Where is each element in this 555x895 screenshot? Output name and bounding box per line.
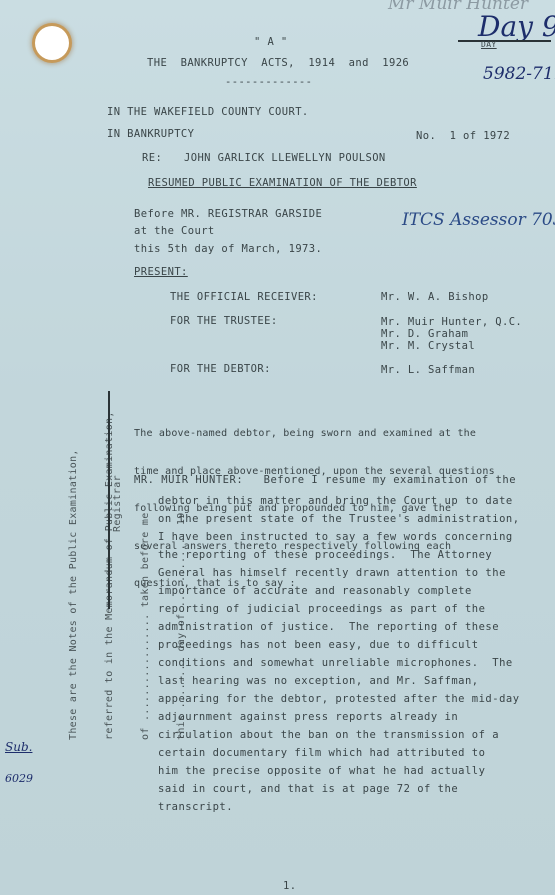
- handwritten-annotation: ITCS Assessor 7033: [402, 210, 555, 230]
- handwritten-day: Day 9: [478, 10, 555, 43]
- attendee-name: Mr. W. A. Bishop: [381, 291, 489, 303]
- speech-line: debtor in this matter and bring the Cour…: [158, 492, 520, 510]
- speech-line: conditions and somewhat unreliable micro…: [158, 654, 520, 672]
- page-number: 1.: [283, 880, 296, 892]
- case-number: No. 1 of 1972: [416, 130, 510, 142]
- speech-line: certain documentary film which had attri…: [158, 744, 520, 762]
- attendee-name: Mr. L. Saffman: [381, 364, 475, 376]
- speech-line: proceedings has not been easy, due to di…: [158, 636, 520, 654]
- court-name: IN THE WAKEFIELD COUNTY COURT.: [107, 106, 309, 118]
- attendee-role: FOR THE DEBTOR:: [170, 363, 271, 375]
- speech-line: importance of accurate and reasonably co…: [158, 582, 520, 600]
- registrar-signature-line: [108, 391, 110, 609]
- speech-first-line: Before I resume my examination of the: [264, 474, 516, 486]
- speaker-name: MR. MUIR HUNTER:: [134, 474, 243, 486]
- attendee-role: FOR THE TRUSTEE:: [170, 315, 278, 327]
- speech-line: said in court, and that is at page 72 of…: [158, 780, 520, 798]
- margin-note-line: referred to in the Memorandum of Public …: [104, 411, 116, 740]
- speech-body: debtor in this matter and bring the Cour…: [158, 492, 520, 816]
- matter: IN BANKRUPTCY: [107, 128, 194, 140]
- handwritten-margin-number: 6029: [5, 772, 33, 785]
- paragraph-line: The above-named debtor, being sworn and …: [134, 428, 495, 441]
- present-label: PRESENT:: [134, 266, 188, 278]
- speech-line: reporting of judicial proceedings as par…: [158, 600, 520, 618]
- speech-line: General has himself recently drawn atten…: [158, 564, 520, 582]
- speech-line: on the present state of the Trustee's ad…: [158, 510, 520, 528]
- header-divider: -------------: [225, 76, 312, 88]
- handwritten-margin-initials: Sub.: [5, 740, 32, 754]
- header-label: " A ": [254, 36, 288, 48]
- section-heading: RESUMED PUBLIC EXAMINATION OF THE DEBTOR: [148, 177, 417, 189]
- document-page: Mr Muir Hunter Day 9 DAY 5982-7112 ITCS …: [0, 0, 555, 895]
- attendee-name: Mr. M. Crystal: [381, 340, 475, 352]
- attendee-role: THE OFFICIAL RECEIVER:: [170, 291, 318, 303]
- day-underline: [458, 40, 551, 42]
- speech-line: the reporting of these proceedings. The …: [158, 546, 520, 564]
- speech-line: last hearing was no exception, and Mr. S…: [158, 672, 520, 690]
- speech-line: I have been instructed to say a few word…: [158, 528, 520, 546]
- speaker-line: MR. MUIR HUNTER: Before I resume my exam…: [134, 474, 516, 486]
- attendee-name: Mr. Muir Hunter, Q.C.: [381, 316, 522, 328]
- before-line-3: this 5th day of March, 1973.: [134, 243, 322, 255]
- speech-line: administration of justice. The reporting…: [158, 618, 520, 636]
- speech-line: appearing for the debtor, protested afte…: [158, 690, 520, 708]
- speech-line: him the precise opposite of what he had …: [158, 762, 520, 780]
- margin-note-line: These are the Notes of the Public Examin…: [68, 411, 80, 740]
- before-line-1: Before MR. REGISTRAR GARSIDE: [134, 208, 322, 220]
- speech-line: circulation about the ban on the transmi…: [158, 726, 520, 744]
- re-label: RE:: [142, 152, 162, 164]
- registrar-label: Registrar: [112, 475, 124, 532]
- before-line-2: at the Court: [134, 225, 215, 237]
- handwritten-reference: 5982-7112: [483, 64, 555, 84]
- speech-line: transcript.: [158, 798, 520, 816]
- speech-line: adjournment against press reports alread…: [158, 708, 520, 726]
- document-title: THE BANKRUPTCY ACTS, 1914 and 1926: [147, 57, 409, 69]
- attendee-name: Mr. D. Graham: [381, 328, 468, 340]
- day-stamp-label: DAY: [481, 40, 497, 49]
- punch-hole: [35, 26, 69, 60]
- debtor-name: JOHN GARLICK LLEWELLYN POULSON: [184, 152, 386, 164]
